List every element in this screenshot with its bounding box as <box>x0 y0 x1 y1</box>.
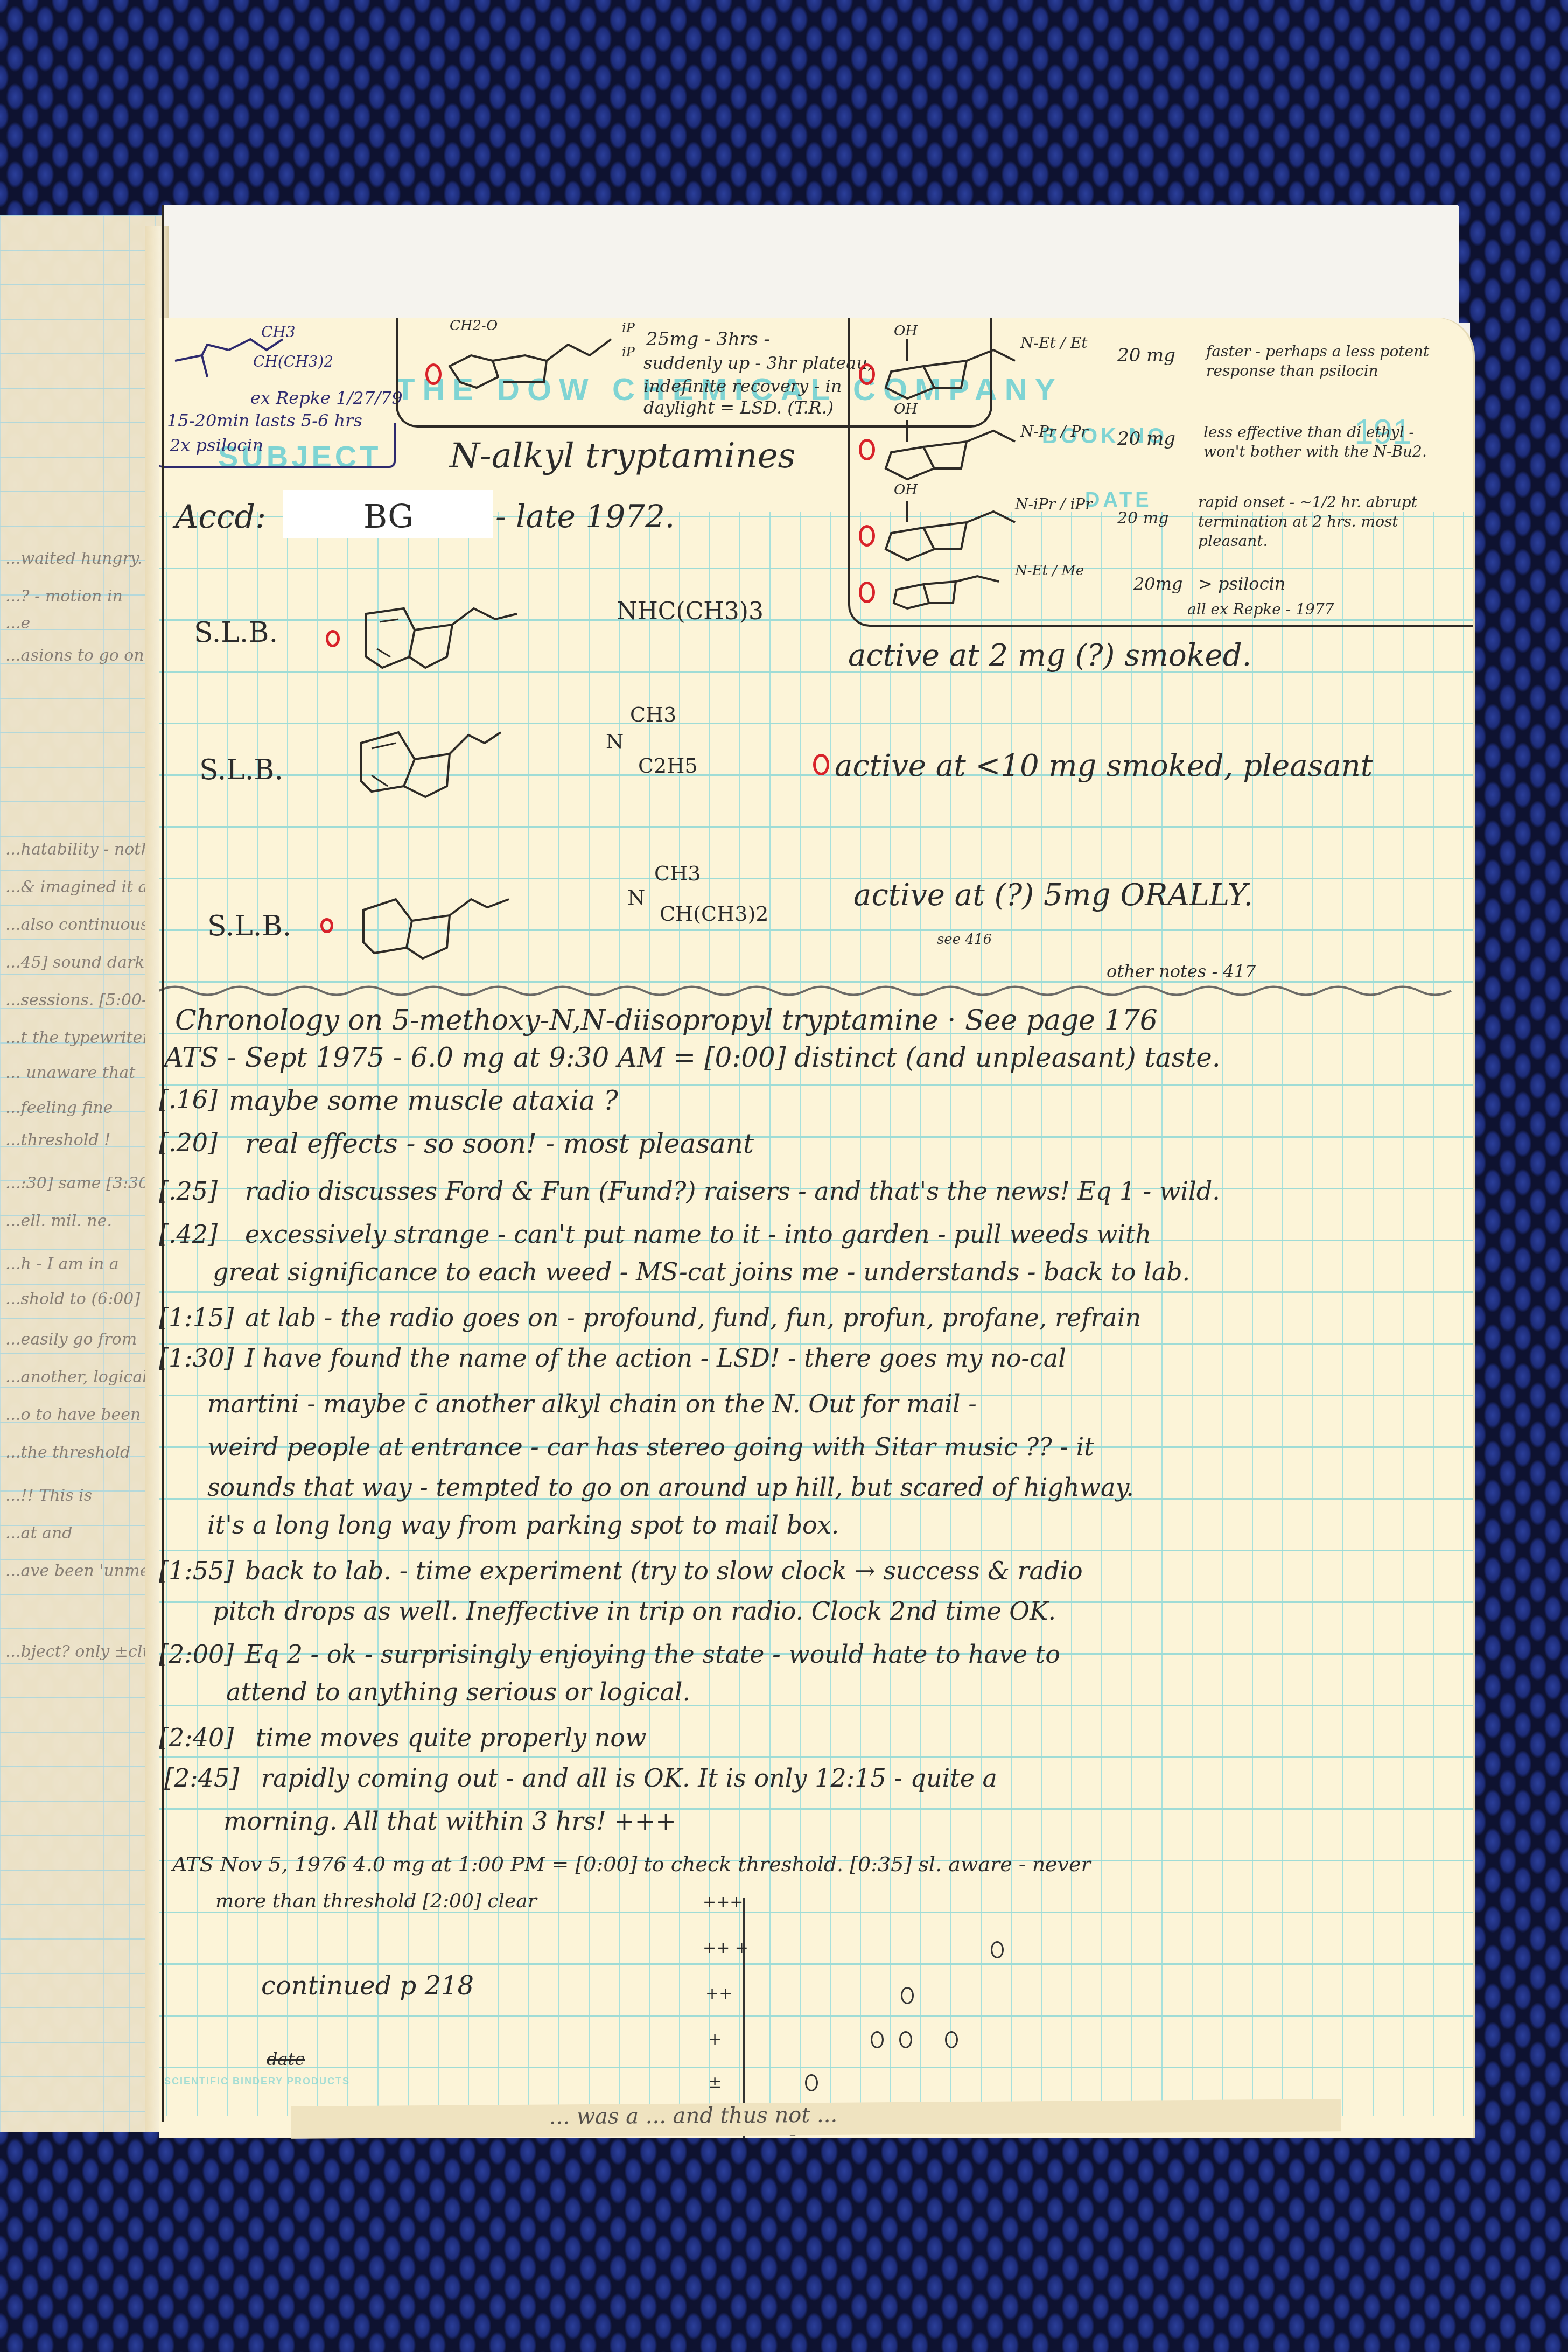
left-margin-line: ...feeling fine <box>5 1098 113 1117</box>
compound-substituent-bottom: C2H5 <box>638 754 698 778</box>
chronology-line: ATS - Sept 1975 - 6.0 mg at 9:30 AM = [0… <box>164 1042 1221 1073</box>
torn-strip-text: ... was a ... and thus not ... <box>549 2103 837 2130</box>
left-margin-line: ...!! This is <box>5 1486 92 1505</box>
chronology-line: sounds that way - tempted to go on aroun… <box>207 1473 1134 1502</box>
struct-label: iP <box>622 320 635 335</box>
compound-source: S.L.B. <box>199 754 283 786</box>
plot-y-label: ++ + <box>703 1938 748 1957</box>
struct-label: OH <box>894 482 918 498</box>
struct-substituents: N-iPr / iPr <box>1015 495 1093 513</box>
entry-note: less effective than di ethyl - won't bot… <box>1203 423 1457 461</box>
plot-point <box>899 2031 912 2048</box>
chronology-line: Eq 2 - ok - surprisingly enjoying the st… <box>245 1640 1060 1669</box>
struct-label: CH2-O <box>450 318 498 334</box>
red-circle-mark-icon <box>859 582 875 603</box>
chronology-line: rapidly coming out - and all is OK. It i… <box>261 1763 997 1793</box>
nitrogen-label: N <box>606 730 624 753</box>
chronology-line: pitch drops as well. Ineffective in trip… <box>213 1597 1056 1626</box>
chronology-line: I have found the name of the action - LS… <box>245 1343 1066 1373</box>
page-spine <box>162 205 164 2122</box>
chronology-line: more than threshold [2:00] clear <box>215 1890 537 1912</box>
left-margin-line: ...h - I am in a <box>5 1255 119 1273</box>
accession-label: Accd: <box>175 498 266 536</box>
plot-y-label: ++ <box>705 1984 732 2003</box>
struct-substituents: N-Et / Me <box>1015 563 1084 579</box>
chronology-line: radio discusses Ford & Fun (Fund?) raise… <box>245 1177 1220 1206</box>
chronology-title: Chronology on 5-methoxy-N,N-diisopropyl … <box>175 1004 1158 1037</box>
chronology-time: [1:55] <box>159 1556 234 1585</box>
struct-label: CH(CH3)2 <box>253 353 333 370</box>
compound-source: S.L.B. <box>207 910 291 942</box>
chronology-time: [2:00] <box>159 1640 234 1669</box>
plot-y-label: ± <box>708 2073 722 2092</box>
hydroxy-indole-structure-icon <box>886 563 1026 611</box>
dose-label: 20 mg <box>1117 509 1168 528</box>
compound-substituent-top: CH3 <box>630 703 676 726</box>
red-circle-mark-icon <box>326 630 340 647</box>
top-right-footer: all ex Repke - 1977 <box>1187 600 1334 618</box>
compound-note: active at <10 mg smoked, pleasant <box>835 748 1373 783</box>
compound-note: active at (?) 5mg ORALLY. <box>853 878 1253 913</box>
plot-y-axis <box>743 1898 745 2138</box>
compound-note: active at 2 mg (?) smoked. <box>848 638 1251 673</box>
plot-y-label: + <box>708 2030 722 2049</box>
tryptamine-structure-icon <box>358 878 563 975</box>
left-margin-line: ...45] sound darker <box>5 953 162 972</box>
left-margin-line: ...ave been 'unmeet <box>5 1562 165 1580</box>
chronology-line: attend to anything serious or logical. <box>226 1677 690 1706</box>
dose-label: 20mg <box>1133 573 1183 594</box>
left-margin-line: ...t the typewriter <box>5 1028 150 1047</box>
struct-substituents: N-Et / Et <box>1020 334 1088 352</box>
compound-ref: see 416 <box>937 932 992 948</box>
left-margin-line: ...e <box>5 614 30 633</box>
struct-label: OH <box>894 323 918 339</box>
chronology-line: martini - maybe c̄ another alkyl chain o… <box>207 1389 977 1418</box>
chronology-time: [1:15] <box>159 1303 234 1332</box>
continued-note: continued p 218 <box>261 1971 474 2001</box>
tryptamine-structure-icon <box>355 711 549 818</box>
plot-point <box>945 2031 958 2048</box>
hydroxy-indole-structure-icon <box>875 409 1047 485</box>
struct-label: iP <box>622 345 635 360</box>
chronology-time: [1:30] <box>159 1343 234 1373</box>
top-center-note-2: suddenly up - 3hr plateau, <box>643 353 873 373</box>
top-left-note-1: ex Repke 1/27/79 <box>250 388 403 408</box>
dose-label: 20 mg <box>1117 345 1175 366</box>
compound-source: S.L.B. <box>194 617 278 649</box>
plot-point <box>901 1987 914 2004</box>
struct-label: OH <box>894 401 918 417</box>
top-left-note-2: 15-20min lasts 5-6 hrs <box>167 410 362 431</box>
red-circle-mark-icon <box>859 363 875 385</box>
left-margin-line: ...ell. mil. ne. <box>5 1212 112 1230</box>
methylenedioxy-indole-structure-icon <box>439 323 643 404</box>
chronology-time: [2:40] <box>159 1723 234 1752</box>
tryptamine-structure-icon <box>361 598 565 695</box>
chronology-line: back to lab. - time experiment (try to s… <box>245 1556 1083 1585</box>
top-center-note-1: 25mg - 3hrs - <box>646 328 770 350</box>
chronology-line: morning. All that within 3 hrs! +++ <box>223 1807 676 1836</box>
chronology-line: ATS Nov 5, 1976 4.0 mg at 1:00 PM = [0:0… <box>172 1852 1091 1876</box>
entry-note: rapid onset - ~1/2 hr. abrupt terminatio… <box>1198 493 1462 551</box>
left-margin-line: ...o to have been <box>5 1405 141 1424</box>
left-margin-line: ...another, logically <box>5 1368 162 1387</box>
red-circle-mark-icon <box>813 754 829 775</box>
chronology-time: [2:45] <box>164 1763 239 1793</box>
left-margin-line: ...easily go from <box>5 1330 137 1349</box>
chronology-line: it's a long long way from parking spot t… <box>207 1510 839 1539</box>
chronology-time: [.42] <box>159 1220 218 1249</box>
struct-substituents: N-Pr / Pr <box>1020 423 1088 440</box>
footer-brand: SCIENTIFIC BINDERY PRODUCTS <box>164 2076 350 2087</box>
nitrogen-label: N <box>627 886 645 909</box>
left-margin-line: ... unaware that <box>5 1063 135 1082</box>
subject-value: N-alkyl tryptamines <box>450 436 795 476</box>
other-notes-ref: other notes - 417 <box>1107 961 1256 982</box>
left-margin-line: ...? - motion in <box>5 587 123 606</box>
red-circle-mark-icon <box>320 918 333 933</box>
plot-point <box>805 2074 818 2091</box>
accession-date: - late 1972. <box>495 498 675 535</box>
chronology-line: weird people at entrance - car has stere… <box>207 1432 1094 1461</box>
plot-point <box>991 1941 1004 1958</box>
left-margin-line: ...bject? only ±clue <box>5 1642 162 1661</box>
chronology-line: excessively strange - can't put name to … <box>245 1220 1151 1249</box>
entry-note: > psilocin <box>1198 573 1285 594</box>
top-center-note-3: indefinite recovery - in <box>643 376 842 396</box>
left-margin-line: ...the threshold <box>5 1443 130 1462</box>
chronology-line: time moves quite properly now <box>256 1723 646 1752</box>
plot-point <box>871 2031 884 2048</box>
chronology-time: [.16] <box>159 1085 218 1114</box>
red-circle-mark-icon <box>859 525 875 547</box>
struck-word: date <box>267 2049 305 2069</box>
entry-note: faster - perhaps a less potent response … <box>1206 342 1454 381</box>
compound-substituent-top: CH3 <box>654 862 701 885</box>
left-page: ...waited hungry. n.e. ...? - motion in … <box>0 215 162 2132</box>
dose-label: 20 mg <box>1117 428 1175 450</box>
accession-value: BG <box>363 498 414 536</box>
red-circle-mark-icon <box>859 439 875 460</box>
chronology-line: at lab - the radio goes on - profound, f… <box>245 1303 1141 1332</box>
chronology-time: [.25] <box>159 1177 218 1206</box>
left-margin-line: ...also continuous <box>5 915 149 934</box>
chronology-time: [.20] <box>159 1128 218 1157</box>
chronology-line: maybe some muscle ataxia ? <box>229 1085 618 1116</box>
compound-substituent: NHC(CH3)3 <box>617 598 764 625</box>
top-left-note-3: 2x psilocin <box>170 435 263 456</box>
notebook-page: THE DOW CHEMICAL COMPANY SUBJECT BOOK NO… <box>159 318 1473 2138</box>
chronology-line: great significance to each weed - MS-cat… <box>213 1257 1190 1286</box>
left-margin-line: ...shold to (6:00] <box>5 1290 140 1308</box>
plot-y-label: +++ <box>703 1893 743 1912</box>
chronology-line: real effects - so soon! - most pleasant <box>245 1128 754 1159</box>
compound-substituent-bottom: CH(CH3)2 <box>660 902 768 926</box>
wavy-divider <box>159 983 1473 999</box>
left-margin-line: ...threshold ! <box>5 1131 110 1150</box>
left-margin-line: ...at and <box>5 1524 73 1543</box>
left-margin-line: ...asions to go on <box>5 646 144 665</box>
struct-label: CH3 <box>261 323 296 341</box>
top-center-note-4: daylight = LSD. (T.R.) <box>643 397 834 418</box>
